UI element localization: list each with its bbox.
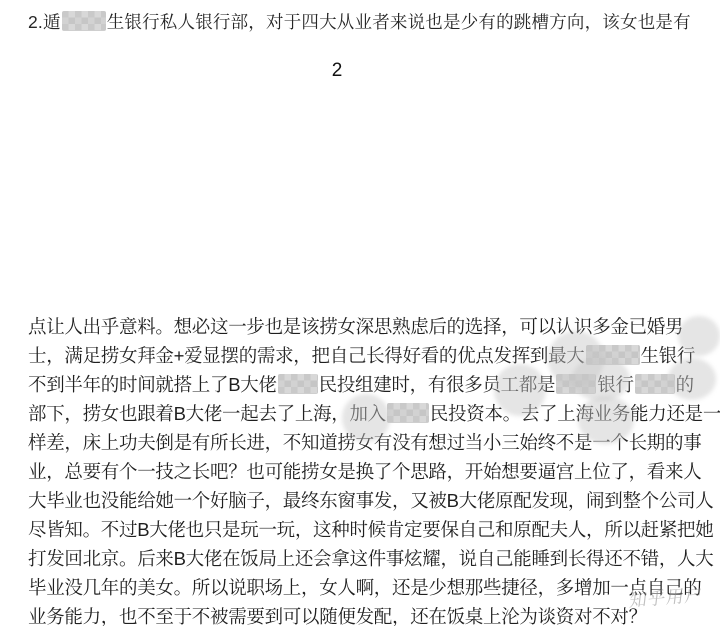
paragraph-line: 大毕业也没能给她一个好脑子，最终东窗事发，又被B大佬原配发现，闹到整个公司人 [28, 486, 708, 515]
body-paragraph: 点让人出乎意料。想必这一步也是该捞女深思熟虑后的选择，可以认识多金已婚男士，满足… [28, 312, 708, 626]
paragraph-line: 打发回北京。后来B大佬在饭局上还会拿这件事炫耀，说自己能睡到长得还不错，人大 [28, 544, 708, 573]
paragraph-line: 不到半年的时间就搭上了B大佬民投组建时，有很多员工都是银行的 [28, 370, 708, 399]
text-run: 民投组建时，有很多员工都是 [319, 374, 556, 395]
paragraph-line: 毕业没几年的美女。所以说职场上，女人啊，还是少想那些捷径，多增加一点自己的 [28, 573, 708, 602]
censor-patch [635, 374, 675, 394]
text-run: 大毕业也没能给她一个好脑子，最终东窗事发，又被B大佬原配发现，闹到整个公司人 [28, 490, 713, 511]
text-run: 业，总要有个一技之长吧？也可能捞女是换了个思路，开始想要逼宫上位了，看来人 [28, 461, 701, 482]
page-number: 2 [322, 60, 352, 82]
paragraph-line: 部下，捞女也跟着B大佬一起去了上海，加入民投资本。去了上海业务能力还是一 [28, 399, 708, 428]
censor-patch [278, 374, 318, 394]
paragraph-line: 业务能力，也不至于不被需要到可以随便发配，还在饭桌上沦为谈资对不对？ [28, 602, 708, 626]
censor-patch [586, 345, 640, 365]
header-line: 2.遁生银行私人银行部，对于四大从业者来说也是少有的跳槽方向，该女也是有 [28, 10, 691, 34]
paragraph-line: 士，满足捞女拜金+爱显摆的需求，把自己长得好看的优点发挥到最大生银行 [28, 341, 708, 370]
text-run: 银行 [597, 374, 633, 395]
paragraph-line: 业，总要有个一技之长吧？也可能捞女是换了个思路，开始想要逼宫上位了，看来人 [28, 457, 708, 486]
text-run: 士，满足捞女拜金+爱显摆的需求，把自己长得好看的优点发挥到最大 [28, 345, 585, 366]
text-run: 生银行私人银行部，对于四大从业者来说也是少有的跳槽方向，该女也是有 [107, 12, 691, 32]
text-run: 样差，床上功夫倒是有所长进，不知道捞女有没有想过当小三始终不是一个长期的事 [28, 432, 701, 453]
text-run: 尽皆知。不过B大佬也只是玩一玩，这种时候肯定要保自己和原配夫人，所以赶紧把她 [28, 519, 713, 540]
paragraph-line: 点让人出乎意料。想必这一步也是该捞女深思熟虑后的选择，可以认识多金已婚男 [28, 312, 708, 341]
text-run: 的 [676, 374, 694, 395]
document-page: 2.遁生银行私人银行部，对于四大从业者来说也是少有的跳槽方向，该女也是有 2 点… [0, 0, 720, 626]
text-run: 2.遁 [28, 12, 61, 32]
censor-patch [556, 374, 596, 394]
text-run: 毕业没几年的美女。所以说职场上，女人啊，还是少想那些捷径，多增加一点自己的 [28, 577, 701, 598]
text-run: 不到半年的时间就搭上了B大佬 [28, 374, 277, 395]
text-run: 点让人出乎意料。想必这一步也是该捞女深思熟虑后的选择，可以认识多金已婚男 [28, 316, 683, 337]
text-run: 部下，捞女也跟着B大佬一起去了上海，加入 [28, 403, 386, 424]
paragraph-line: 尽皆知。不过B大佬也只是玩一玩，这种时候肯定要保自己和原配夫人，所以赶紧把她 [28, 515, 708, 544]
paragraph-line: 样差，床上功夫倒是有所长进，不知道捞女有没有想过当小三始终不是一个长期的事 [28, 428, 708, 457]
text-run: 打发回北京。后来B大佬在饭局上还会拿这件事炫耀，说自己能睡到长得还不错，人大 [28, 548, 713, 569]
censor-patch [62, 11, 106, 31]
text-run: 生银行 [641, 345, 696, 366]
censor-patch [387, 403, 429, 423]
text-run: 业务能力，也不至于不被需要到可以随便发配，还在饭桌上沦为谈资对不对？ [28, 606, 647, 626]
text-run: 民投资本。去了上海业务能力还是一 [430, 403, 720, 424]
